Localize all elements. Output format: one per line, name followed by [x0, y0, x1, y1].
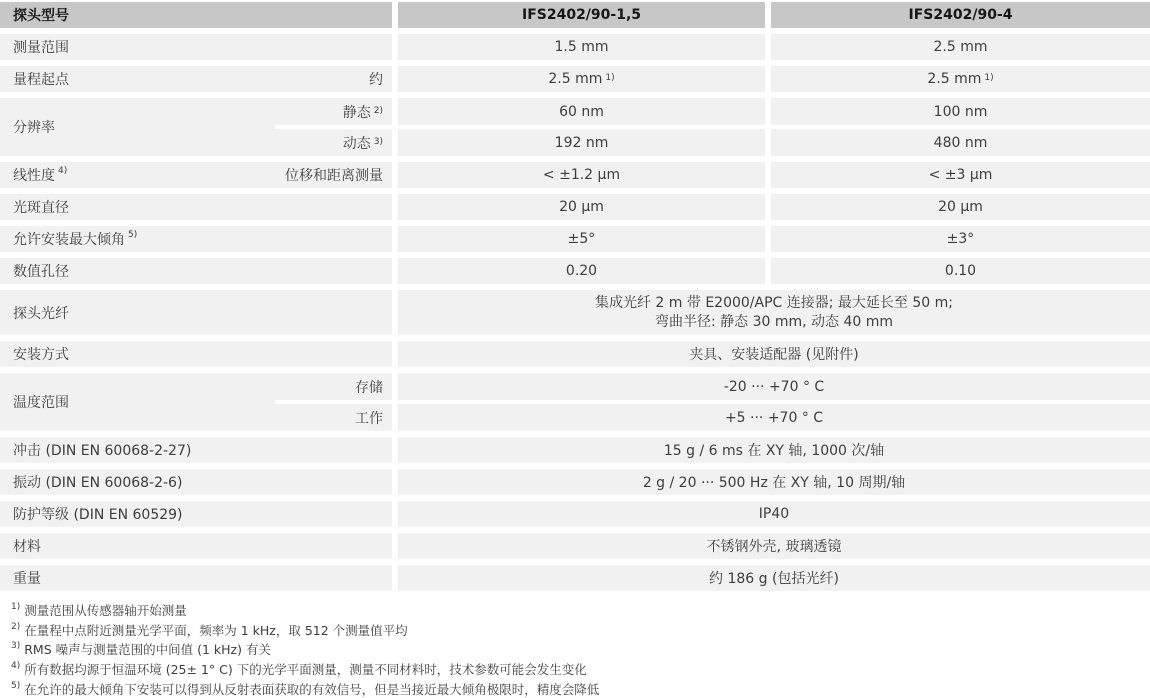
row-label-text: 探头光纤 — [13, 303, 69, 323]
cell-value-merged: -20 ··· +70 ° C — [398, 373, 1150, 400]
label-text: 允许安装最大倾角 — [13, 232, 125, 248]
sublabel-text: 静态 — [343, 102, 371, 122]
row-label: 防护等级 (DIN EN 60529) — [0, 501, 392, 527]
row-temperature: 温度范围 存储 工作 -20 ··· +70 ° C +5 ··· +70 ° … — [0, 373, 1150, 431]
cell-value-merged: IP40 — [398, 501, 1150, 527]
row-label: 探头光纤 — [0, 290, 392, 335]
sublabel-text: 动态 — [343, 133, 371, 153]
footnote-ref: 5) — [128, 230, 137, 240]
row-sublabel: 约 — [369, 69, 383, 89]
spec-table: 探头型号 IFS2402/90-1,5 IFS2402/90-4 测量范围 1.… — [0, 0, 1150, 591]
footnote-marker: 4) — [11, 661, 20, 671]
footnote-marker: 3) — [11, 641, 20, 651]
footnote-marker: 1) — [11, 602, 20, 612]
resolution-values-col1: 60 nm 192 nm — [398, 98, 765, 156]
row-label-text: 数值孔径 — [13, 261, 69, 281]
row-material: 材料 不锈钢外壳, 玻璃透镜 — [0, 533, 1150, 559]
row-label-text: 测量范围 — [13, 37, 69, 57]
row-label: 安装方式 — [0, 341, 392, 367]
row-label-text: 允许安装最大倾角5) — [13, 229, 137, 249]
row-label: 分辨率 — [0, 98, 275, 156]
row-label: 材料 — [0, 533, 392, 559]
label-text: 线性度 — [13, 168, 55, 184]
value-text: 2.5 mm — [927, 71, 981, 87]
cell-value-2: 480 nm — [771, 129, 1150, 156]
row-label: 测量范围 — [0, 34, 392, 60]
row-mounting: 安装方式 夹具、安装适配器 (见附件) — [0, 341, 1150, 367]
cell-value-1: 0.20 — [398, 258, 765, 284]
row-label-text: 振动 (DIN EN 60068-2-6) — [13, 472, 182, 492]
cell-value-1: 2.5 mm1) — [398, 66, 765, 92]
row-label-text: 量程起点 — [13, 69, 69, 89]
footnotes: 1)测量范围从传感器轴开始测量 2)在量程中点附近测量光学平面，频率为 1 kH… — [0, 591, 1150, 698]
row-label-text: 重量 — [13, 568, 41, 588]
footnote-text: 在量程中点附近测量光学平面，频率为 1 kHz，取 512 个测量值平均 — [24, 623, 407, 638]
cell-value-1: 20 µm — [398, 194, 765, 220]
cell-value-merged: 15 g / 6 ms 在 XY 轴, 1000 次/轴 — [398, 437, 1150, 463]
cell-value-1: 1.5 mm — [398, 34, 765, 60]
row-vibration: 振动 (DIN EN 60068-2-6) 2 g / 20 ··· 500 H… — [0, 469, 1150, 495]
row-label-text: 线性度4) — [13, 165, 67, 185]
footnote-text: 在允许的最大倾角下安装可以得到从反射表面获取的有效信号，但是当接近最大倾角极限时… — [24, 682, 599, 697]
footnote-line: 4)所有数据均源于恒温环境 (25± 1° C) 下的光学平面测量，测量不同材料… — [11, 659, 1150, 679]
row-resolution: 分辨率 静态2) 动态3) 60 nm 192 nm 100 nm 480 nm — [0, 98, 1150, 156]
row-label: 重量 — [0, 565, 392, 591]
cell-value-2: 0.10 — [771, 258, 1150, 284]
footnote-line: 1)测量范围从传感器轴开始测量 — [11, 600, 1150, 620]
resolution-label-cell: 分辨率 静态2) 动态3) — [0, 98, 392, 156]
cell-value-merged: 集成光纤 2 m 带 E2000/APC 连接器; 最大延长至 50 m; 弯曲… — [398, 290, 1150, 335]
footnote-text: 所有数据均源于恒温环境 (25± 1° C) 下的光学平面测量，测量不同材料时，… — [24, 662, 586, 677]
cell-value-merged: 2 g / 20 ··· 500 Hz 在 XY 轴, 10 周期/轴 — [398, 469, 1150, 495]
header-model-col1: IFS2402/90-1,5 — [398, 2, 765, 28]
row-label-text: 冲击 (DIN EN 60068-2-27) — [13, 440, 191, 460]
row-label-text: 温度范围 — [13, 392, 69, 412]
row-measuring-range: 测量范围 1.5 mm 2.5 mm — [0, 34, 1150, 60]
header-model-col2: IFS2402/90-4 — [771, 2, 1150, 28]
value-text: 2.5 mm — [548, 71, 602, 87]
row-label-text: 材料 — [13, 536, 41, 556]
cell-value-2: 2.5 mm — [771, 34, 1150, 60]
row-label: 冲击 (DIN EN 60068-2-27) — [0, 437, 392, 463]
row-label: 允许安装最大倾角5) — [0, 226, 392, 252]
header-probe-model-label: 探头型号 — [0, 2, 392, 28]
row-sublabel-operation: 工作 — [275, 404, 392, 431]
cell-value-1: ±5° — [398, 226, 765, 252]
row-numerical-aperture: 数值孔径 0.20 0.10 — [0, 258, 1150, 284]
row-range-start: 量程起点 约 2.5 mm1) 2.5 mm1) — [0, 66, 1150, 92]
cell-value-1: 60 nm — [398, 98, 765, 125]
row-spot-diameter: 光斑直径 20 µm 20 µm — [0, 194, 1150, 220]
row-label-text: 光斑直径 — [13, 197, 69, 217]
row-label-text: 安装方式 — [13, 344, 69, 364]
row-shock: 冲击 (DIN EN 60068-2-27) 15 g / 6 ms 在 XY … — [0, 437, 1150, 463]
row-linearity: 线性度4) 位移和距离测量 < ±1.2 µm < ±3 µm — [0, 162, 1150, 188]
row-sublabel-static: 静态2) — [275, 98, 392, 125]
header-probe-model-text: 探头型号 — [13, 5, 69, 25]
fiber-value-line2: 弯曲半径: 静态 30 mm, 动态 40 mm — [655, 313, 893, 332]
cell-value-merged: 夹具、安装适配器 (见附件) — [398, 341, 1150, 367]
temperature-label-cell: 温度范围 存储 工作 — [0, 373, 392, 431]
footnote-text: RMS 噪声与测量范围的中间值 (1 kHz) 有关 — [24, 642, 271, 657]
temperature-values: -20 ··· +70 ° C +5 ··· +70 ° C — [398, 373, 1150, 431]
row-label-text: 分辨率 — [13, 117, 55, 137]
row-label: 温度范围 — [0, 373, 275, 431]
row-label-text: 防护等级 (DIN EN 60529) — [13, 504, 183, 524]
cell-value-merged: 约 186 g (包括光纤) — [398, 565, 1150, 591]
table-header-row: 探头型号 IFS2402/90-1,5 IFS2402/90-4 — [0, 2, 1150, 28]
footnote-marker: 5) — [11, 681, 20, 691]
row-label: 振动 (DIN EN 60068-2-6) — [0, 469, 392, 495]
footnote-text: 测量范围从传感器轴开始测量 — [24, 603, 187, 618]
footnote-line: 3)RMS 噪声与测量范围的中间值 (1 kHz) 有关 — [11, 639, 1150, 659]
cell-value-2: < ±3 µm — [771, 162, 1150, 188]
resolution-values-col2: 100 nm 480 nm — [771, 98, 1150, 156]
row-protection-class: 防护等级 (DIN EN 60529) IP40 — [0, 501, 1150, 527]
footnote-line: 5)在允许的最大倾角下安装可以得到从反射表面获取的有效信号，但是当接近最大倾角极… — [11, 679, 1150, 698]
cell-value-2: 20 µm — [771, 194, 1150, 220]
row-label: 线性度4) 位移和距离测量 — [0, 162, 392, 188]
row-sublabel-storage: 存储 — [275, 373, 392, 400]
row-label: 光斑直径 — [0, 194, 392, 220]
cell-value-2: ±3° — [771, 226, 1150, 252]
row-sublabel-dynamic: 动态3) — [275, 129, 392, 156]
row-weight: 重量 约 186 g (包括光纤) — [0, 565, 1150, 591]
fiber-value-line1: 集成光纤 2 m 带 E2000/APC 连接器; 最大延长至 50 m; — [595, 294, 953, 313]
footnote-line: 2)在量程中点附近测量光学平面，频率为 1 kHz，取 512 个测量值平均 — [11, 620, 1150, 640]
row-label: 数值孔径 — [0, 258, 392, 284]
row-fiber: 探头光纤 集成光纤 2 m 带 E2000/APC 连接器; 最大延长至 50 … — [0, 290, 1150, 335]
footnote-ref: 4) — [58, 166, 67, 176]
row-sublabel: 位移和距离测量 — [285, 165, 383, 185]
cell-value-merged: 不锈钢外壳, 玻璃透镜 — [398, 533, 1150, 559]
footnote-marker: 2) — [11, 622, 20, 632]
cell-value-merged: +5 ··· +70 ° C — [398, 404, 1150, 431]
cell-value-2: 2.5 mm1) — [771, 66, 1150, 92]
row-label: 量程起点 约 — [0, 66, 392, 92]
cell-value-1: 192 nm — [398, 129, 765, 156]
row-max-tilt: 允许安装最大倾角5) ±5° ±3° — [0, 226, 1150, 252]
cell-value-2: 100 nm — [771, 98, 1150, 125]
cell-value-1: < ±1.2 µm — [398, 162, 765, 188]
